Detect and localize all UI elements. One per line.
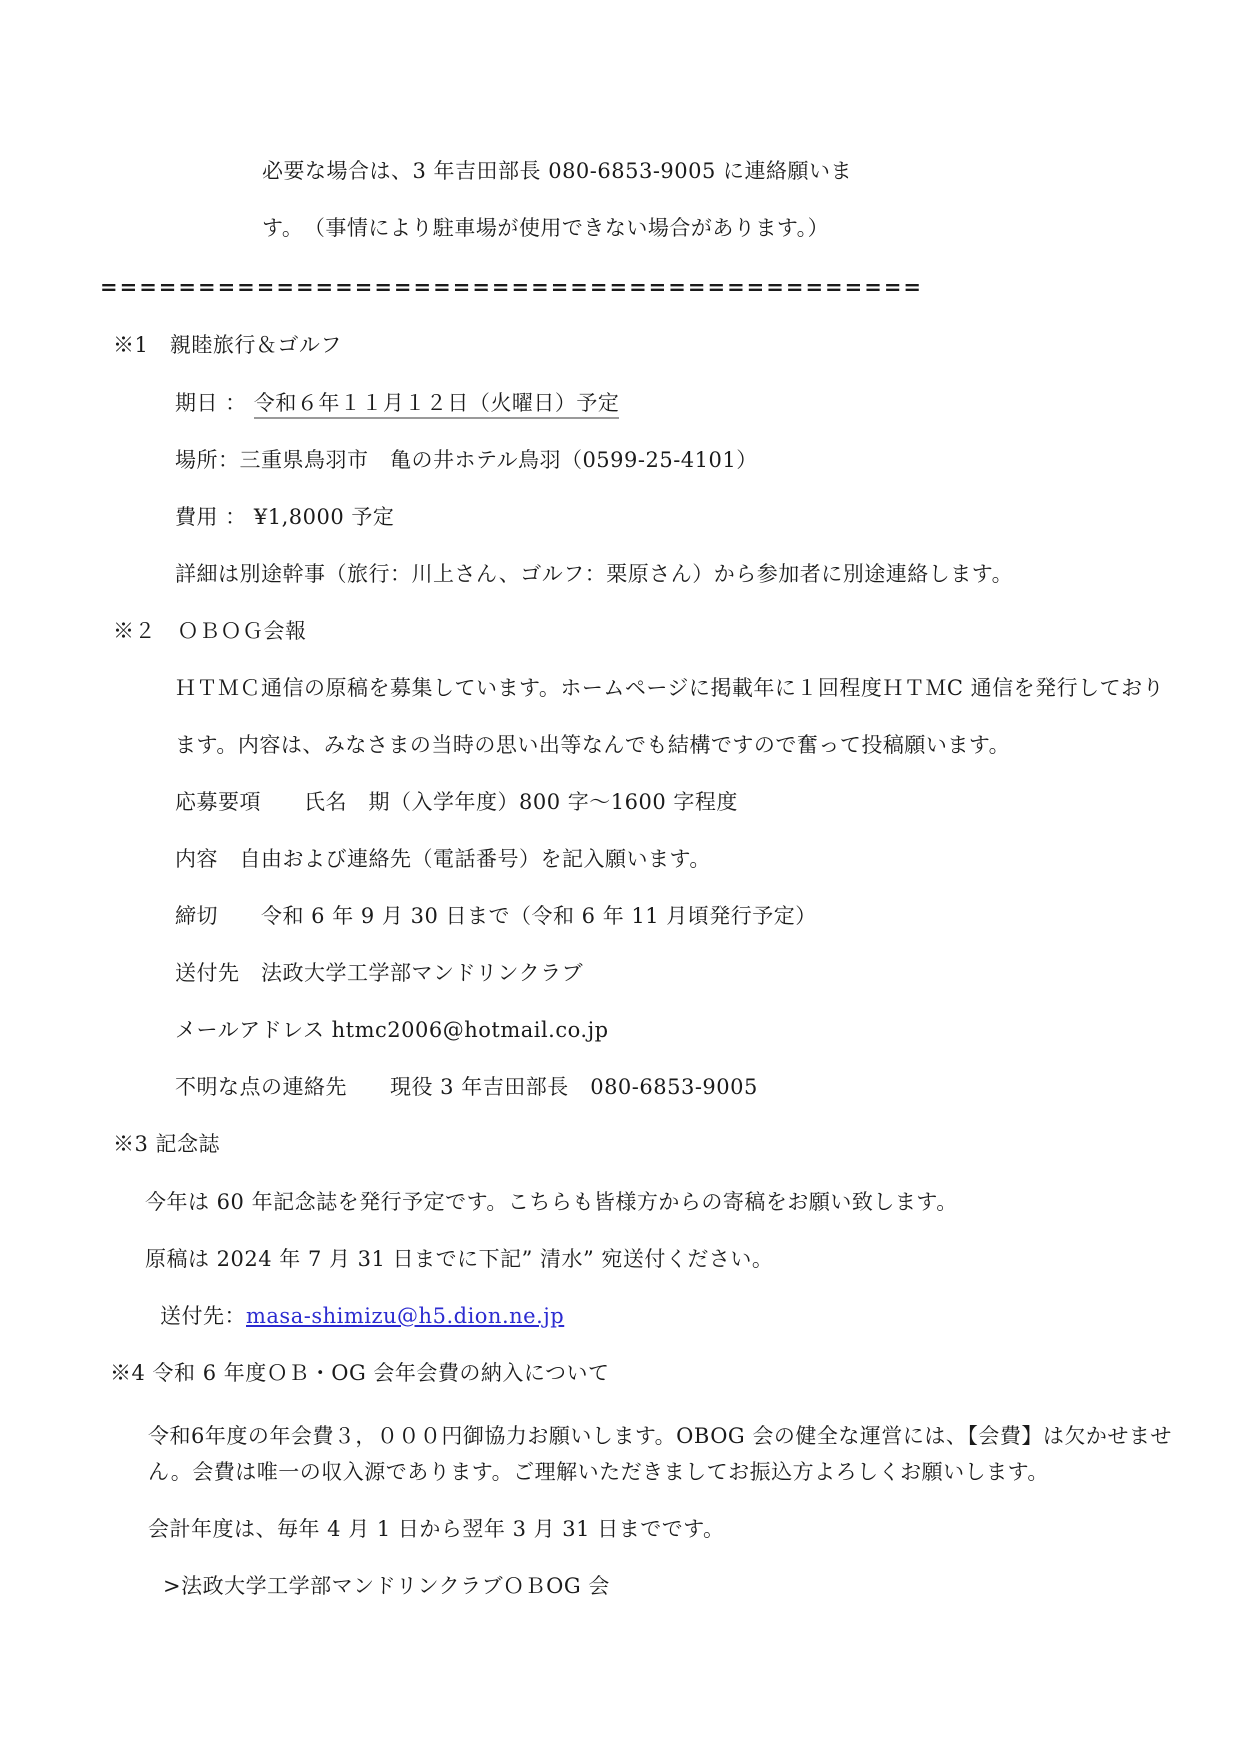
send-link-line: 送付先：masa-shimizu@h5.dion.ne.jp [160,1303,564,1329]
anniversary-para-1: 今年は 60 年記念誌を発行予定です。こちらも皆様方からの寄稿をお願い致します。 [145,1189,958,1215]
email-address-line: メールアドレス htmc2006@hotmail.co.jp [175,1017,609,1043]
section3-heading: ※3 記念誌 [113,1131,220,1157]
shimizu-email-link[interactable]: masa-shimizu@h5.dion.ne.jp [246,1304,564,1328]
trip-date-value: 令和６年１１月１２日（火曜日）予定 [254,391,620,419]
deadline-line: 締切 令和 6 年 9 月 30 日まで（令和 6 年 11 月頃発行予定） [175,903,817,929]
separator-line: ========================================… [100,274,923,300]
section1-heading: ※1 親睦旅行＆ゴルフ [113,332,342,358]
send-link-label: 送付先： [160,1304,246,1328]
trip-place-line: 場所：三重県鳥羽市 亀の井ホテル鳥羽（0599-25-4101） [175,447,758,473]
club-name-line: >法政大学工学部マンドリンクラブＯＢOG 会 [163,1573,610,1599]
trip-date-line: 期日 ： 令和６年１１月１２日（火曜日）予定 [175,390,619,416]
fee-para-line-2: ん。会費は唯一の収入源であります。ご理解いただきましてお振込方よろしくお願いしま… [148,1459,1049,1485]
trip-cost-line: 費用 ： ¥1,8000 予定 [175,504,394,530]
contact-line: 不明な点の連絡先 現役 3 年吉田部長 080-6853-9005 [175,1074,758,1100]
newsletter-para-2: ます。内容は、みなさまの当時の思い出等なんでも結構ですので奮って投稿願います。 [175,732,1010,758]
intro-line-2: す。 （事情により駐車場が使用できない場合があります。） [262,215,829,241]
section4-heading: ※4 令和 6 年度ＯＢ・OG 会年会費の納入について [110,1360,610,1386]
trip-date-label: 期日 ： [175,391,254,415]
section2-heading: ※２ ＯＢＯＧ会報 [113,618,307,644]
trip-detail-line: 詳細は別途幹事（旅行：川上さん、ゴルフ：栗原さん）から参加者に別途連絡します。 [175,561,1013,587]
anniversary-para-2: 原稿は 2024 年 7 月 31 日までに下記” 清水” 宛送付ください。 [145,1246,773,1272]
send-to-line: 送付先 法政大学工学部マンドリンクラブ [175,960,583,986]
intro-line-1: 必要な場合は、3 年吉田部長 080-6853-9005 に連絡願いま [262,158,852,184]
content-instruction-line: 内容 自由および連絡先（電話番号）を記入願います。 [175,846,711,872]
newsletter-para-1: ＨＴＭＣ通信の原稿を募集しています。ホームページに掲載年に１回程度ＨＴＭC 通信… [175,675,1164,701]
fiscal-year-line: 会計年度は、毎年 4 月 1 日から翌年 3 月 31 日までです。 [148,1516,725,1542]
document-page: 必要な場合は、3 年吉田部長 080-6853-9005 に連絡願いま す。 （… [0,0,1241,1755]
fee-para-line-1: 令和6年度の年会費３，０００円御協力お願いします。OBOG 会の健全な運営には、… [148,1423,1172,1449]
application-requirements-line: 応募要項 氏名 期（入学年度）800 字～1600 字程度 [175,789,738,815]
